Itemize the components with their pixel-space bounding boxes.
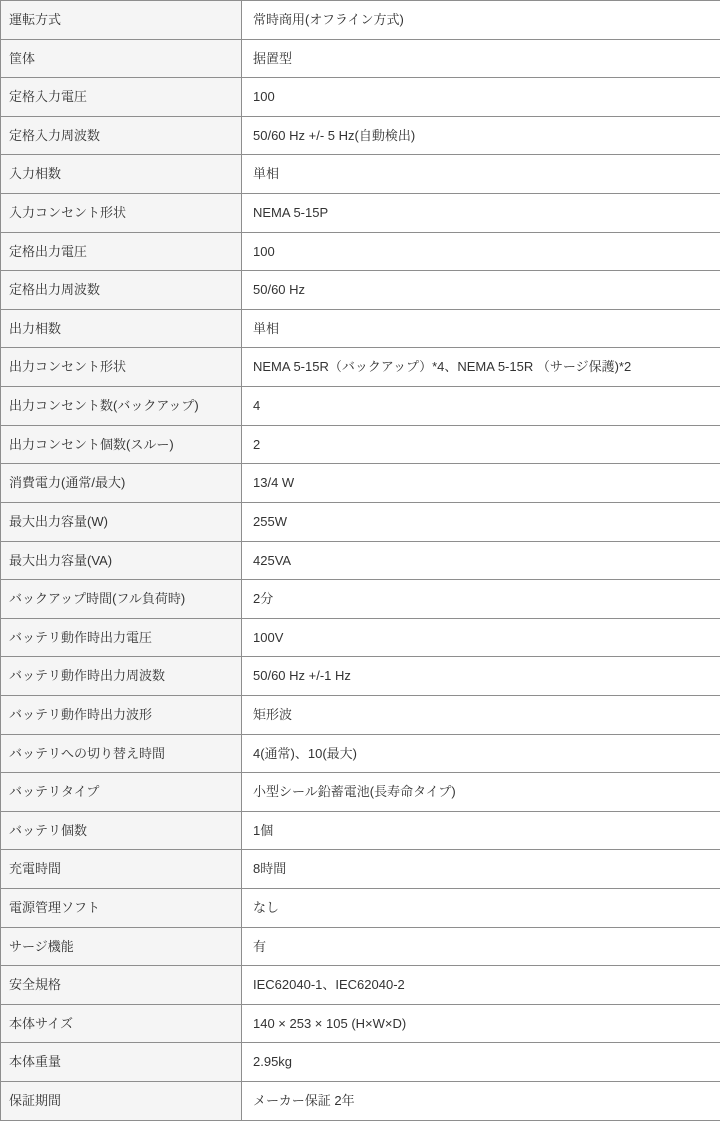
spec-value: 13/4 W <box>242 464 720 503</box>
spec-label: 出力コンセント形状 <box>1 348 242 387</box>
spec-value: 100V <box>242 618 720 657</box>
spec-value: 据置型 <box>242 39 720 78</box>
table-row: 電源管理ソフト なし <box>1 889 720 928</box>
table-row: バッテリ個数 1個 <box>1 811 720 850</box>
table-row: 最大出力容量(W) 255W <box>1 502 720 541</box>
table-row: 出力コンセント個数(スルー) 2 <box>1 425 720 464</box>
spec-label: バッテリへの切り替え時間 <box>1 734 242 773</box>
spec-label: 出力コンセント個数(スルー) <box>1 425 242 464</box>
spec-label: 入力相数 <box>1 155 242 194</box>
table-row: 安全規格 IEC62040-1、IEC62040-2 <box>1 966 720 1005</box>
table-row: 最大出力容量(VA) 425VA <box>1 541 720 580</box>
spec-label: 本体重量 <box>1 1043 242 1082</box>
spec-value: 4 <box>242 387 720 426</box>
spec-label: 充電時間 <box>1 850 242 889</box>
table-row: 定格出力周波数 50/60 Hz <box>1 271 720 310</box>
spec-value: 100 <box>242 232 720 271</box>
table-row: 本体サイズ 140 × 253 × 105 (H×W×D) <box>1 1004 720 1043</box>
spec-value: 小型シール鉛蓄電池(長寿命タイプ) <box>242 773 720 812</box>
table-row: 筐体 据置型 <box>1 39 720 78</box>
spec-label: 定格入力周波数 <box>1 116 242 155</box>
table-row: 本体重量 2.95kg <box>1 1043 720 1082</box>
spec-label: 運転方式 <box>1 1 242 40</box>
spec-label: 消費電力(通常/最大) <box>1 464 242 503</box>
table-row: 運転方式 常時商用(オフライン方式) <box>1 1 720 40</box>
spec-label: 保証期間 <box>1 1082 242 1121</box>
spec-label: 入力コンセント形状 <box>1 194 242 233</box>
spec-label: 電源管理ソフト <box>1 889 242 928</box>
spec-label: 出力相数 <box>1 309 242 348</box>
spec-value: IEC62040-1、IEC62040-2 <box>242 966 720 1005</box>
spec-label: 本体サイズ <box>1 1004 242 1043</box>
spec-label: 定格入力電圧 <box>1 78 242 117</box>
table-row: バッテリ動作時出力波形 矩形波 <box>1 695 720 734</box>
spec-value: 50/60 Hz +/-1 Hz <box>242 657 720 696</box>
spec-label: 定格出力電圧 <box>1 232 242 271</box>
spec-label: バッテリ動作時出力周波数 <box>1 657 242 696</box>
spec-label: 定格出力周波数 <box>1 271 242 310</box>
table-row: バッテリタイプ 小型シール鉛蓄電池(長寿命タイプ) <box>1 773 720 812</box>
spec-value: 常時商用(オフライン方式) <box>242 1 720 40</box>
spec-label: バッテリ個数 <box>1 811 242 850</box>
spec-label: バッテリ動作時出力電圧 <box>1 618 242 657</box>
spec-label: 筐体 <box>1 39 242 78</box>
table-row: 消費電力(通常/最大) 13/4 W <box>1 464 720 503</box>
spec-label: バッテリ動作時出力波形 <box>1 695 242 734</box>
table-row: 出力コンセント形状 NEMA 5-15R（バックアップ）*4、NEMA 5-15… <box>1 348 720 387</box>
table-row: 出力コンセント数(バックアップ) 4 <box>1 387 720 426</box>
spec-value: 2.95kg <box>242 1043 720 1082</box>
spec-value: なし <box>242 889 720 928</box>
spec-table: 運転方式 常時商用(オフライン方式) 筐体 据置型 定格入力電圧 100 定格入… <box>0 0 720 1121</box>
spec-table-body: 運転方式 常時商用(オフライン方式) 筐体 据置型 定格入力電圧 100 定格入… <box>1 1 720 1121</box>
spec-value: 8時間 <box>242 850 720 889</box>
table-row: バッテリ動作時出力周波数 50/60 Hz +/-1 Hz <box>1 657 720 696</box>
spec-label: 安全規格 <box>1 966 242 1005</box>
table-row: 定格入力周波数 50/60 Hz +/- 5 Hz(自動検出) <box>1 116 720 155</box>
spec-value: 140 × 253 × 105 (H×W×D) <box>242 1004 720 1043</box>
spec-value: メーカー保証 2年 <box>242 1082 720 1121</box>
spec-value: 矩形波 <box>242 695 720 734</box>
spec-label: 最大出力容量(VA) <box>1 541 242 580</box>
table-row: 保証期間 メーカー保証 2年 <box>1 1082 720 1121</box>
spec-value: 50/60 Hz <box>242 271 720 310</box>
spec-value: 425VA <box>242 541 720 580</box>
spec-value: 255W <box>242 502 720 541</box>
table-row: 入力相数 単相 <box>1 155 720 194</box>
table-row: サージ機能 有 <box>1 927 720 966</box>
spec-value: 4(通常)、10(最大) <box>242 734 720 773</box>
spec-value: NEMA 5-15P <box>242 194 720 233</box>
spec-value: 2分 <box>242 580 720 619</box>
spec-label: 最大出力容量(W) <box>1 502 242 541</box>
table-row: 定格出力電圧 100 <box>1 232 720 271</box>
spec-label: サージ機能 <box>1 927 242 966</box>
spec-label: バックアップ時間(フル負荷時) <box>1 580 242 619</box>
table-row: バッテリへの切り替え時間 4(通常)、10(最大) <box>1 734 720 773</box>
table-row: 定格入力電圧 100 <box>1 78 720 117</box>
spec-label: バッテリタイプ <box>1 773 242 812</box>
table-row: バックアップ時間(フル負荷時) 2分 <box>1 580 720 619</box>
spec-value: 1個 <box>242 811 720 850</box>
table-row: 充電時間 8時間 <box>1 850 720 889</box>
spec-value: 50/60 Hz +/- 5 Hz(自動検出) <box>242 116 720 155</box>
table-row: 入力コンセント形状 NEMA 5-15P <box>1 194 720 233</box>
spec-value: 2 <box>242 425 720 464</box>
spec-label: 出力コンセント数(バックアップ) <box>1 387 242 426</box>
spec-value: 有 <box>242 927 720 966</box>
spec-value: NEMA 5-15R（バックアップ）*4、NEMA 5-15R （サージ保護)*… <box>242 348 720 387</box>
spec-value: 単相 <box>242 309 720 348</box>
table-row: バッテリ動作時出力電圧 100V <box>1 618 720 657</box>
spec-value: 単相 <box>242 155 720 194</box>
spec-value: 100 <box>242 78 720 117</box>
table-row: 出力相数 単相 <box>1 309 720 348</box>
